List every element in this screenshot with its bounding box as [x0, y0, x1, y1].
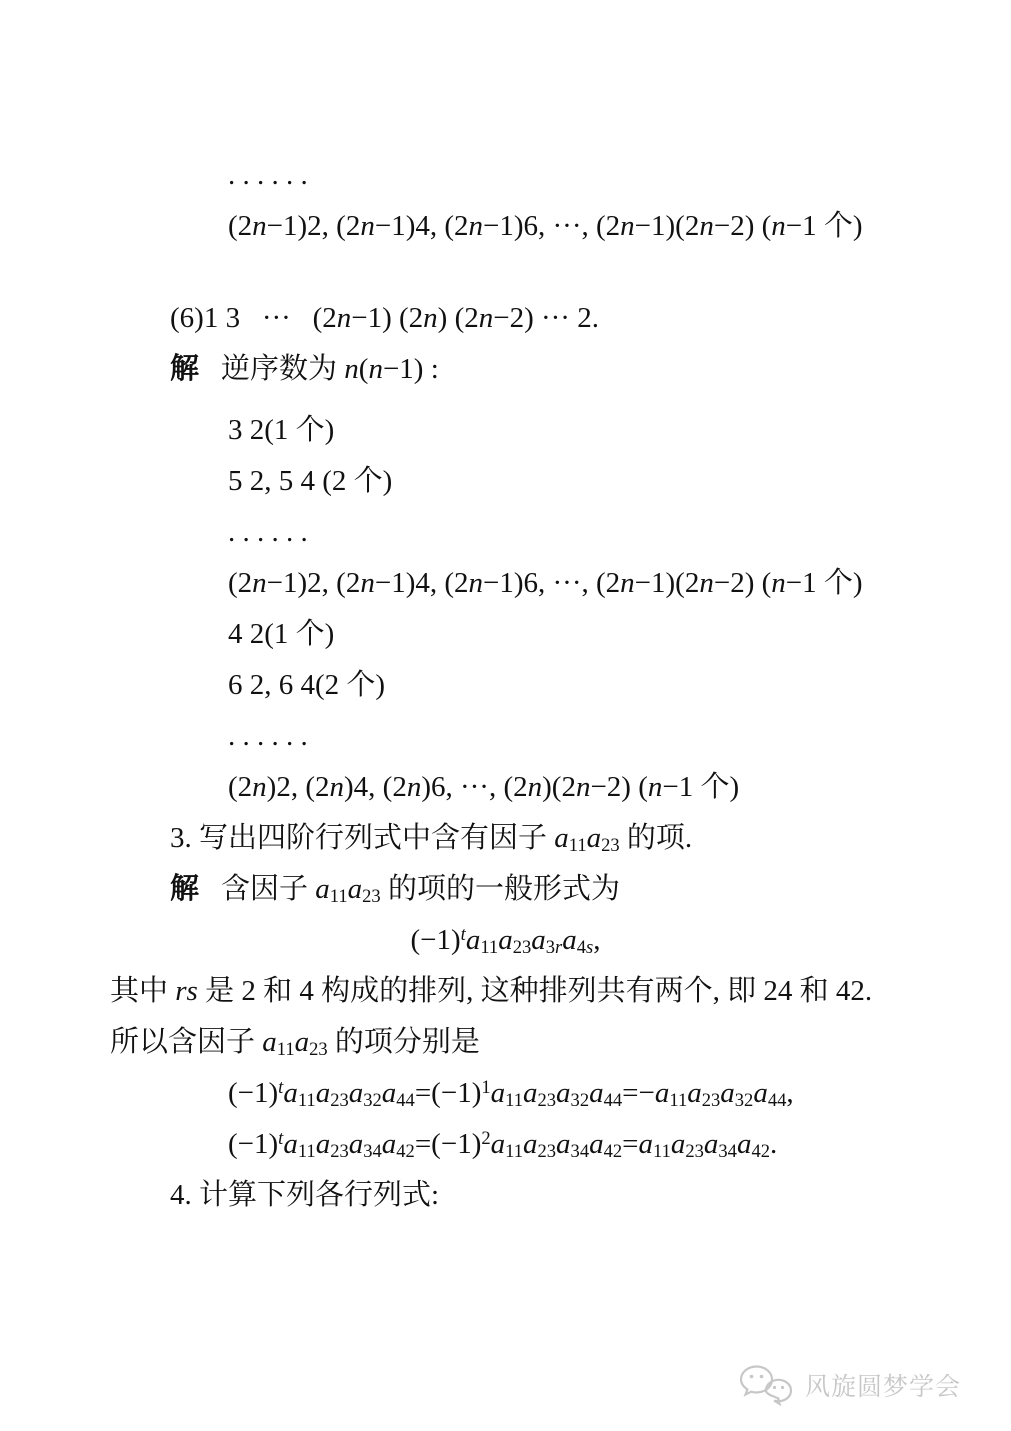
text-line: 5 2, 5 4 (2 个)	[110, 456, 1011, 507]
text-line: 解含因子 a11a23 的项的一般形式为	[110, 864, 1011, 915]
wechat-icon	[737, 1362, 795, 1408]
text-line: (2n)2, (2n)4, (2n)6, ···, (2n)(2n−2) (n−…	[110, 762, 1011, 813]
watermark: 风旋圆梦学会	[737, 1362, 961, 1408]
document-page: . . . . . .(2n−1)2, (2n−1)4, (2n−1)6, ··…	[0, 0, 1011, 1431]
text-line: . . . . . .	[110, 150, 1011, 201]
text-line: 3 2(1 个)	[110, 405, 1011, 456]
text-line: . . . . . .	[110, 711, 1011, 762]
watermark-label: 风旋圆梦学会	[805, 1367, 961, 1403]
text-line: 解逆序数为 n(n−1) :	[110, 344, 1011, 395]
text-line: (2n−1)2, (2n−1)4, (2n−1)6, ···, (2n−1)(2…	[110, 558, 1011, 609]
text-line: (2n−1)2, (2n−1)4, (2n−1)6, ···, (2n−1)(2…	[110, 201, 1011, 252]
document-lines: . . . . . .(2n−1)2, (2n−1)4, (2n−1)6, ··…	[0, 0, 1011, 1221]
text-line: 所以含因子 a11a23 的项分别是	[110, 1017, 1011, 1068]
text-line: (−1)ta11a23a3ra4s,	[110, 915, 1011, 966]
text-line: (6)1 3 ··· (2n−1) (2n) (2n−2) ··· 2.	[110, 293, 1011, 344]
text-line: 3. 写出四阶行列式中含有因子 a11a23 的项.	[110, 813, 1011, 864]
text-line: (−1)ta11a23a34a42=(−1)2a11a23a34a42=a11a…	[110, 1119, 1011, 1170]
text-line: (−1)ta11a23a32a44=(−1)1a11a23a32a44=−a11…	[110, 1068, 1011, 1119]
text-line: 4 2(1 个)	[110, 609, 1011, 660]
text-line: 6 2, 6 4(2 个)	[110, 660, 1011, 711]
text-line: . . . . . .	[110, 507, 1011, 558]
text-line: 其中 rs 是 2 和 4 构成的排列, 这种排列共有两个, 即 24 和 42…	[110, 966, 1011, 1017]
text-line: 4. 计算下列各行列式:	[110, 1170, 1011, 1221]
